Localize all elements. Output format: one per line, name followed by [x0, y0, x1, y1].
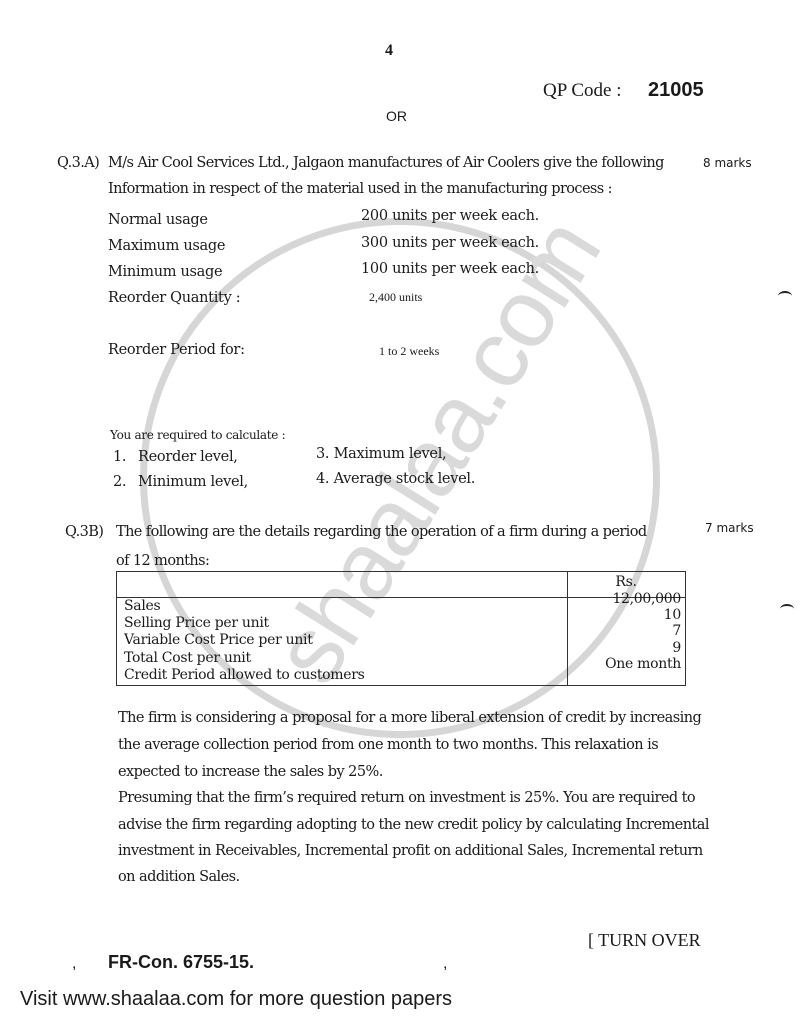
table-labels: Sales Selling Price per unit Variable Co…	[124, 598, 365, 684]
item-value-reorder-quantity: 2,400 units	[369, 290, 422, 305]
item-label-reorder-quantity: Reorder Quantity :	[108, 290, 240, 306]
q3b-line2: of 12 months:	[116, 553, 209, 569]
table-header-currency: Rs.	[567, 574, 685, 590]
task-1-number: 1.	[113, 449, 126, 465]
q3b-marks: 7 marks	[705, 521, 754, 535]
table-row-value: 10	[605, 607, 681, 623]
item-value-minimum-usage: 100 units per week each.	[361, 261, 539, 277]
task-4-number: 4.	[316, 471, 329, 487]
table-row-value: 9	[605, 640, 681, 656]
table-row-label: Total Cost per unit	[124, 650, 365, 667]
task-4: 4. Average stock level.	[316, 471, 475, 487]
task-3-number: 3.	[316, 446, 329, 462]
paragraph-line: Presuming that the firm’s required retur…	[118, 790, 695, 806]
task-1-text: Reorder level,	[138, 449, 238, 465]
qp-code: 21005	[648, 79, 704, 102]
item-value-maximum-usage: 300 units per week each.	[361, 235, 539, 251]
scan-speck: ,	[72, 955, 76, 973]
operations-table: Rs. Sales Selling Price per unit Variabl…	[116, 571, 686, 686]
table-row-label: Variable Cost Price per unit	[124, 632, 365, 649]
q3a-line2: Information in respect of the material u…	[108, 181, 612, 197]
item-label-normal-usage: Normal usage	[108, 212, 208, 228]
q3a-number: Q.3.A)	[57, 155, 99, 171]
table-row-value: 12,00,000	[605, 591, 681, 607]
scan-edge-mark-icon	[780, 604, 794, 614]
paper-code: FR-Con. 6755-15.	[108, 952, 254, 973]
paragraph-line: on addition Sales.	[118, 869, 240, 885]
q3a-line1: M/s Air Cool Services Ltd., Jalgaon manu…	[108, 155, 664, 171]
table-row-label: Selling Price per unit	[124, 615, 365, 632]
q3a-marks: 8 marks	[703, 156, 752, 170]
turn-over-label: [ TURN OVER	[588, 930, 701, 951]
item-value-reorder-period: 1 to 2 weeks	[379, 344, 439, 359]
item-label-reorder-period: Reorder Period for:	[108, 342, 245, 358]
required-label: You are required to calculate :	[110, 428, 285, 442]
task-4-text: Average stock level.	[334, 471, 475, 487]
item-label-maximum-usage: Maximum usage	[108, 238, 225, 254]
promo-link-text[interactable]: Visit www.shaalaa.com for more question …	[20, 988, 452, 1011]
q3b-number: Q.3B)	[65, 524, 103, 540]
scan-speck: ,	[443, 955, 447, 973]
table-row-value: 7	[605, 623, 681, 639]
table-row-value: One month	[605, 656, 681, 672]
paragraph-line: the average collection period from one m…	[118, 737, 658, 753]
task-2-text: Minimum level,	[138, 474, 248, 490]
paragraph-line: The firm is considering a proposal for a…	[118, 710, 701, 726]
table-row-label: Credit Period allowed to customers	[124, 667, 365, 684]
item-label-minimum-usage: Minimum usage	[108, 264, 222, 280]
paragraph-line: advise the firm regarding adopting to th…	[118, 817, 709, 833]
task-3: 3. Maximum level,	[316, 446, 446, 462]
or-separator: OR	[386, 108, 407, 124]
task-2-number: 2.	[113, 474, 126, 490]
qp-code-label: QP Code :	[543, 80, 621, 102]
scan-edge-mark-icon	[778, 291, 792, 301]
table-values: 12,00,000 10 7 9 One month	[605, 591, 681, 672]
paragraph-line: investment in Receivables, Incremental p…	[118, 843, 703, 859]
q3b-line1: The following are the details regarding …	[116, 524, 647, 540]
page-number: 4	[385, 42, 393, 60]
item-value-normal-usage: 200 units per week each.	[361, 208, 539, 224]
task-3-text: Maximum level,	[334, 446, 447, 462]
paragraph-line: expected to increase the sales by 25%.	[118, 764, 383, 780]
table-row-label: Sales	[124, 598, 365, 615]
